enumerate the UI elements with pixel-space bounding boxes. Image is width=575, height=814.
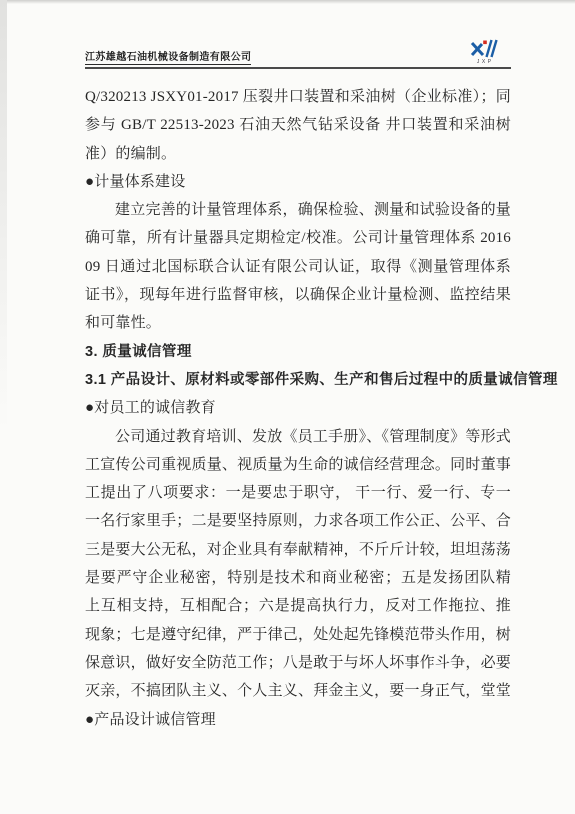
text-line: 和可靠性。 (85, 309, 511, 337)
text-line: 一名行家里手；二是要坚持原则，力求各项工作公正、公平、合理、合规； (85, 507, 511, 535)
text-line: 公司通过教育培训、发放《员工手册》、《管理制度》等形式向全体员 (85, 423, 511, 451)
company-logo: JXP (467, 39, 501, 65)
text-line: 上互相支持，互相配合；六是提高执行力，反对工作拖拉、推诿、扯皮等 (85, 592, 511, 620)
text-line: Q/320213 JSXY01-2017 压裂井口装置和采油树（企业标准）；同时… (85, 83, 511, 111)
logo-text: JXP (467, 59, 501, 65)
text-line: 工宣传公司重视质量、视质量为生命的诚信经营理念。同时董事长也对员 (85, 451, 511, 479)
text-line: 保意识，做好安全防范工作；八是敢于与坏人坏事作斗争，必要时要大义 (85, 649, 511, 677)
text-line: 09 日通过北国标联合认证有限公司认证，取得《测量管理体系认证(AAA) (85, 253, 511, 281)
text-line: 三是要大公无私，对企业具有奉献精神，不斤斤计较，坦坦荡荡做人；四 (85, 536, 511, 564)
logo-mark-icon (467, 39, 501, 58)
text-line: ●产品设计诚信管理 (85, 706, 511, 734)
text-line: 现象；七是遵守纪律，严于律己，处处起先锋模范带头作用，树立安全环 (85, 621, 511, 649)
text-line: 工提出了八项要求：一是要忠于职守， 干一行、爱一行、专一行，争当 (85, 479, 511, 507)
document-body: Q/320213 JSXY01-2017 压裂井口装置和采油树（企业标准）；同时… (85, 83, 511, 734)
text-line: ●对员工的诚信教育 (85, 394, 511, 422)
page-content: 江苏雄越石油机械设备制造有限公司 JXP Q/320213 JSXY01-201… (85, 38, 511, 734)
company-name: 江苏雄越石油机械设备制造有限公司 (85, 48, 251, 65)
text-line: 建立完善的计量管理体系，确保检验、测量和试验设备的量值溯源和准 (85, 196, 511, 224)
scanned-document-page: { "header": { "company_name": "江苏雄越石油机械设… (0, 0, 575, 814)
text-line: 灭亲，不搞团队主义、个人主义、拜金主义，要一身正气，堂堂正正做人。 (85, 677, 511, 705)
text-line: 确可靠，所有计量器具定期检定/校准。公司计量管理体系 2016 年 12 月 (85, 224, 511, 252)
text-line: 3.1 产品设计、原材料或零部件采购、生产和售后过程中的质量诚信管理 (85, 366, 511, 394)
scan-edge-left (0, 0, 7, 430)
text-line: ●计量体系建设 (85, 168, 511, 196)
text-line: 3. 质量诚信管理 (85, 338, 511, 366)
text-line: 参与 GB/T 22513-2023 石油天然气钻采设备 井口装置和采油树（国家… (85, 111, 511, 139)
text-line: 证书》，现每年进行监督审核，以确保企业计量检测、监控结果的有效性 (85, 281, 511, 309)
text-line: 是要严守企业秘密，特别是技术和商业秘密；五是发扬团队精神，在工作 (85, 564, 511, 592)
page-header: 江苏雄越石油机械设备制造有限公司 JXP (85, 38, 511, 69)
text-line: 准）的编制。 (85, 140, 511, 168)
scan-edge-top (0, 0, 575, 4)
